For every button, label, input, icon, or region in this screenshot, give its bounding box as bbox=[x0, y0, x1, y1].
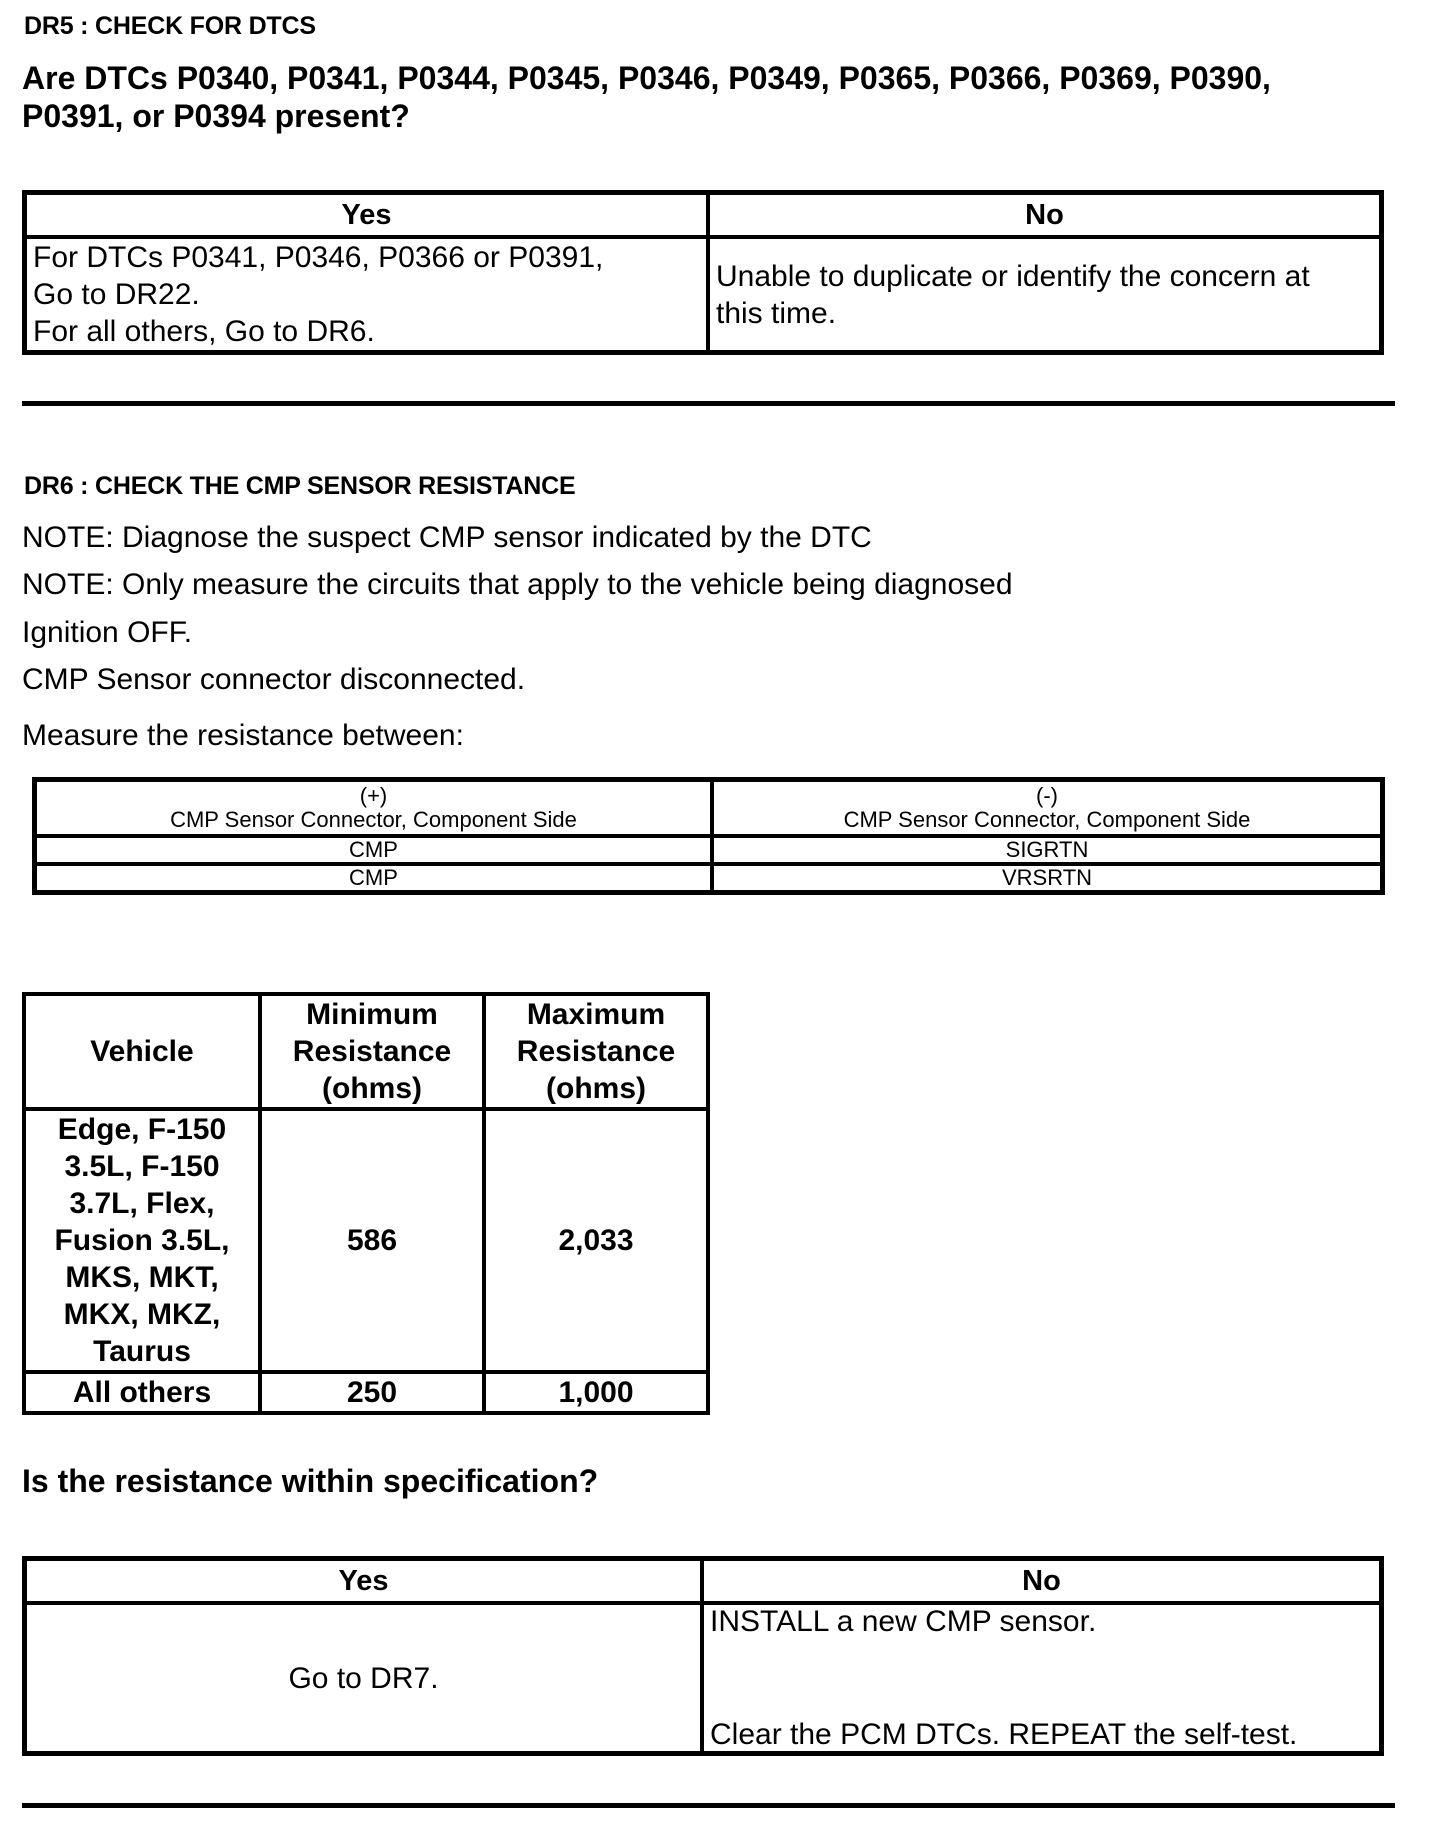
header-vehicle: Vehicle bbox=[24, 994, 260, 1109]
dr5-no-line: this time. bbox=[716, 295, 1379, 332]
step-title-dr6: DR6 : CHECK THE CMP SENSOR RESISTANCE bbox=[24, 472, 575, 501]
section-divider bbox=[22, 1803, 1395, 1808]
vehicle-line: Edge, F-150 bbox=[26, 1111, 258, 1148]
instruction-line: CMP Sensor connector disconnected. bbox=[22, 663, 525, 697]
header-minimum: Minimum Resistance (ohms) bbox=[260, 994, 484, 1109]
dr6-decision-table: Yes No Go to DR7. INSTALL a new CMP sens… bbox=[22, 1556, 1384, 1756]
instruction-line: Measure the resistance between: bbox=[22, 719, 464, 753]
connector-table: (+) CMP Sensor Connector, Component Side… bbox=[32, 777, 1385, 895]
polarity-label: (-) bbox=[714, 784, 1380, 808]
table-row: All others 250 1,000 bbox=[24, 1372, 708, 1413]
dr5-question: Are DTCs P0340, P0341, P0344, P0345, P03… bbox=[22, 59, 1271, 135]
min-resistance: 586 bbox=[260, 1109, 484, 1372]
vehicle-line: Fusion 3.5L, bbox=[26, 1222, 258, 1259]
connector-label: CMP Sensor Connector, Component Side bbox=[37, 808, 710, 832]
vehicle-cell: All others bbox=[24, 1372, 260, 1413]
step-title-dr5: DR5 : CHECK FOR DTCS bbox=[24, 12, 316, 41]
pin-negative: SIGRTN bbox=[712, 836, 1383, 864]
vehicle-line: MKX, MKZ, bbox=[26, 1296, 258, 1333]
header-line: (ohms) bbox=[262, 1070, 482, 1107]
table-row: CMP VRSRTN bbox=[35, 864, 1383, 893]
vehicle-line: 3.5L, F-150 bbox=[26, 1148, 258, 1185]
dr5-yes-line: For DTCs P0341, P0346, P0366 or P0391, bbox=[33, 239, 706, 276]
vehicle-line: All others bbox=[26, 1374, 258, 1411]
dr5-question-line2: P0391, or P0394 present? bbox=[22, 97, 1271, 135]
vehicle-line: 3.7L, Flex, bbox=[26, 1185, 258, 1222]
dr5-yes-link-dr22[interactable]: Go to DR22. bbox=[33, 276, 706, 313]
header-line: Minimum bbox=[262, 996, 482, 1033]
table-row: CMP SIGRTN bbox=[35, 836, 1383, 864]
section-divider bbox=[22, 401, 1395, 406]
header-line: Resistance bbox=[262, 1033, 482, 1070]
vehicle-line: Taurus bbox=[26, 1333, 258, 1370]
dr5-no-header: No bbox=[708, 193, 1382, 238]
header-line: Resistance bbox=[486, 1033, 706, 1070]
dr6-no-line1: INSTALL a new CMP sensor. bbox=[710, 1603, 1096, 1640]
header-maximum: Maximum Resistance (ohms) bbox=[484, 994, 708, 1109]
note-line: NOTE: Only measure the circuits that app… bbox=[22, 568, 1013, 602]
connector-header-negative: (-) CMP Sensor Connector, Component Side bbox=[712, 780, 1383, 837]
header-line: (ohms) bbox=[486, 1070, 706, 1107]
pin-negative: VRSRTN bbox=[712, 864, 1383, 893]
min-resistance: 250 bbox=[260, 1372, 484, 1413]
instruction-line: Ignition OFF. bbox=[22, 616, 192, 650]
max-resistance: 2,033 bbox=[484, 1109, 708, 1372]
vehicle-cell: Edge, F-150 3.5L, F-150 3.7L, Flex, Fusi… bbox=[24, 1109, 260, 1372]
dr5-decision-table: Yes No For DTCs P0341, P0346, P0366 or P… bbox=[22, 190, 1384, 355]
pin-positive: CMP bbox=[35, 836, 713, 864]
dr5-yes-link-dr6[interactable]: For all others, Go to DR6. bbox=[33, 313, 706, 350]
pin-positive: CMP bbox=[35, 864, 713, 893]
dr6-question: Is the resistance within specification? bbox=[22, 1462, 598, 1500]
resistance-spec-table: Vehicle Minimum Resistance (ohms) Maximu… bbox=[22, 992, 710, 1415]
header-line: Vehicle bbox=[26, 1033, 258, 1070]
vehicle-line: MKS, MKT, bbox=[26, 1259, 258, 1296]
dr6-yes-header: Yes bbox=[25, 1559, 703, 1604]
header-line: Maximum bbox=[486, 996, 706, 1033]
dr6-yes-link-dr7[interactable]: Go to DR7. bbox=[25, 1603, 703, 1754]
dr5-no-line: Unable to duplicate or identify the conc… bbox=[716, 258, 1379, 295]
dr6-no-header: No bbox=[702, 1559, 1382, 1604]
dr5-yes-header: Yes bbox=[25, 193, 709, 238]
connector-header-positive: (+) CMP Sensor Connector, Component Side bbox=[35, 780, 713, 837]
polarity-label: (+) bbox=[37, 784, 710, 808]
dr5-question-line1: Are DTCs P0340, P0341, P0344, P0345, P03… bbox=[22, 59, 1271, 97]
dr5-no-cell: Unable to duplicate or identify the conc… bbox=[708, 237, 1382, 353]
max-resistance: 1,000 bbox=[484, 1372, 708, 1413]
dr6-no-cell: INSTALL a new CMP sensor. Clear the PCM … bbox=[702, 1603, 1382, 1754]
connector-label: CMP Sensor Connector, Component Side bbox=[714, 808, 1380, 832]
note-line: NOTE: Diagnose the suspect CMP sensor in… bbox=[22, 521, 872, 555]
dr5-yes-cell: For DTCs P0341, P0346, P0366 or P0391, G… bbox=[25, 237, 709, 353]
table-row: Edge, F-150 3.5L, F-150 3.7L, Flex, Fusi… bbox=[24, 1109, 708, 1372]
dr6-no-line2: Clear the PCM DTCs. REPEAT the self-test… bbox=[710, 1716, 1297, 1753]
